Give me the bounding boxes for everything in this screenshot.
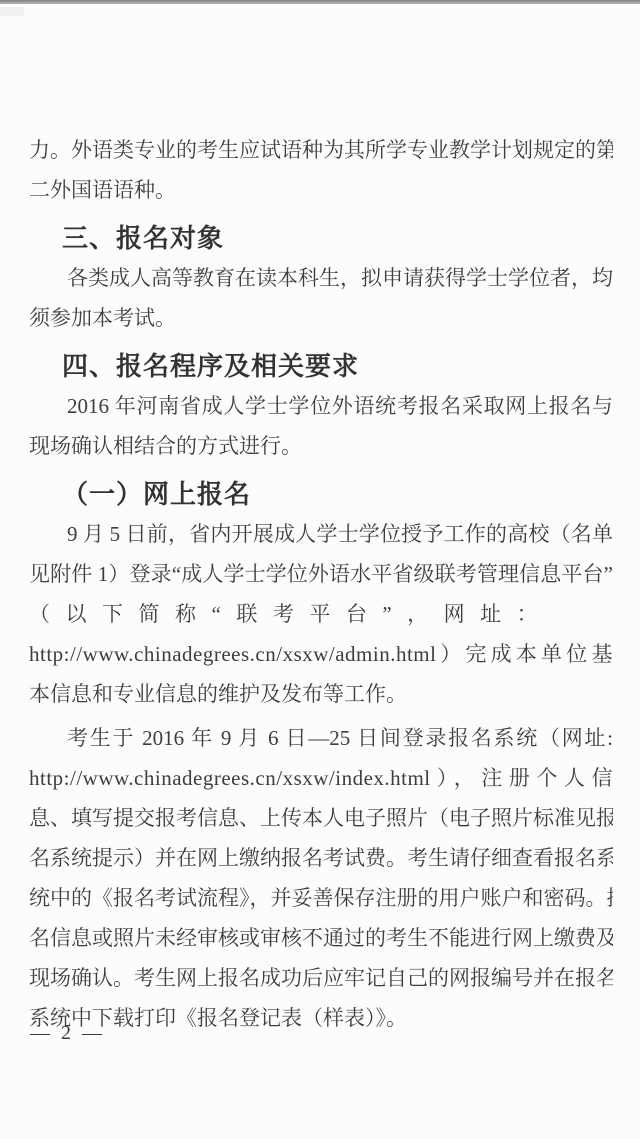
text-line: 力。外语类专业的考生应试语种为其所学专业教学计划规定的第 xyxy=(29,130,613,170)
text-line: http://www.chinadegrees.cn/xsxw/admin.ht… xyxy=(29,634,613,674)
section-heading: 三、报名对象 xyxy=(29,218,613,258)
text-line: 息、填写提交报考信息、上传本人电子照片（电子照片标准见报 xyxy=(29,798,613,838)
page-number: — 2 — xyxy=(30,1018,105,1048)
document-page: 力。外语类专业的考生应试语种为其所学专业教学计划规定的第二外国语语种。三、报名对… xyxy=(0,0,640,1139)
text-line: 须参加本考试。 xyxy=(29,298,613,338)
text-line: 名信息或照片未经审核或审核不通过的考生不能进行网上缴费及 xyxy=(29,918,613,958)
text-line: 考生于 2016 年 9 月 6 日—25 日间登录报名系统（网址: xyxy=(29,718,613,758)
text-line: 统中的《报名考试流程》，并妥善保存注册的用户账户和密码。报 xyxy=(29,878,613,918)
text-line: 名系统提示）并在网上缴纳报名考试费。考生请仔细查看报名系 xyxy=(29,838,613,878)
text-line: 各类成人高等教育在读本科生，拟申请获得学士学位者，均 xyxy=(29,258,613,298)
text-line: 现场确认。考生网上报名成功后应牢记自己的网报编号并在报名 xyxy=(29,958,613,998)
scan-top-border xyxy=(0,0,640,4)
text-line: http://www.chinadegrees.cn/xsxw/index.ht… xyxy=(29,758,613,798)
text-line: 现场确认相结合的方式进行。 xyxy=(29,426,613,466)
section-heading: （一）网上报名 xyxy=(29,474,613,514)
text-line: 见附件 1）登录“成人学士学位外语水平省级联考管理信息平台” xyxy=(29,554,613,594)
text-line: 二外国语语种。 xyxy=(29,170,613,210)
text-line: 本信息和专业信息的维护及发布等工作。 xyxy=(29,674,613,714)
section-heading: 四、报名程序及相关要求 xyxy=(29,346,613,386)
text-line: （以下简称“联考平台”，网址： xyxy=(29,594,613,634)
text-line: 系统中下载打印《报名登记表（样表）》。 xyxy=(29,998,613,1038)
text-line: 2016 年河南省成人学士学位外语统考报名采取网上报名与 xyxy=(29,386,613,426)
document-body: 力。外语类专业的考生应试语种为其所学专业教学计划规定的第二外国语语种。三、报名对… xyxy=(29,130,613,1038)
scan-artifact xyxy=(0,7,24,16)
text-line: 9 月 5 日前，省内开展成人学士学位授予工作的高校（名单 xyxy=(29,514,613,554)
